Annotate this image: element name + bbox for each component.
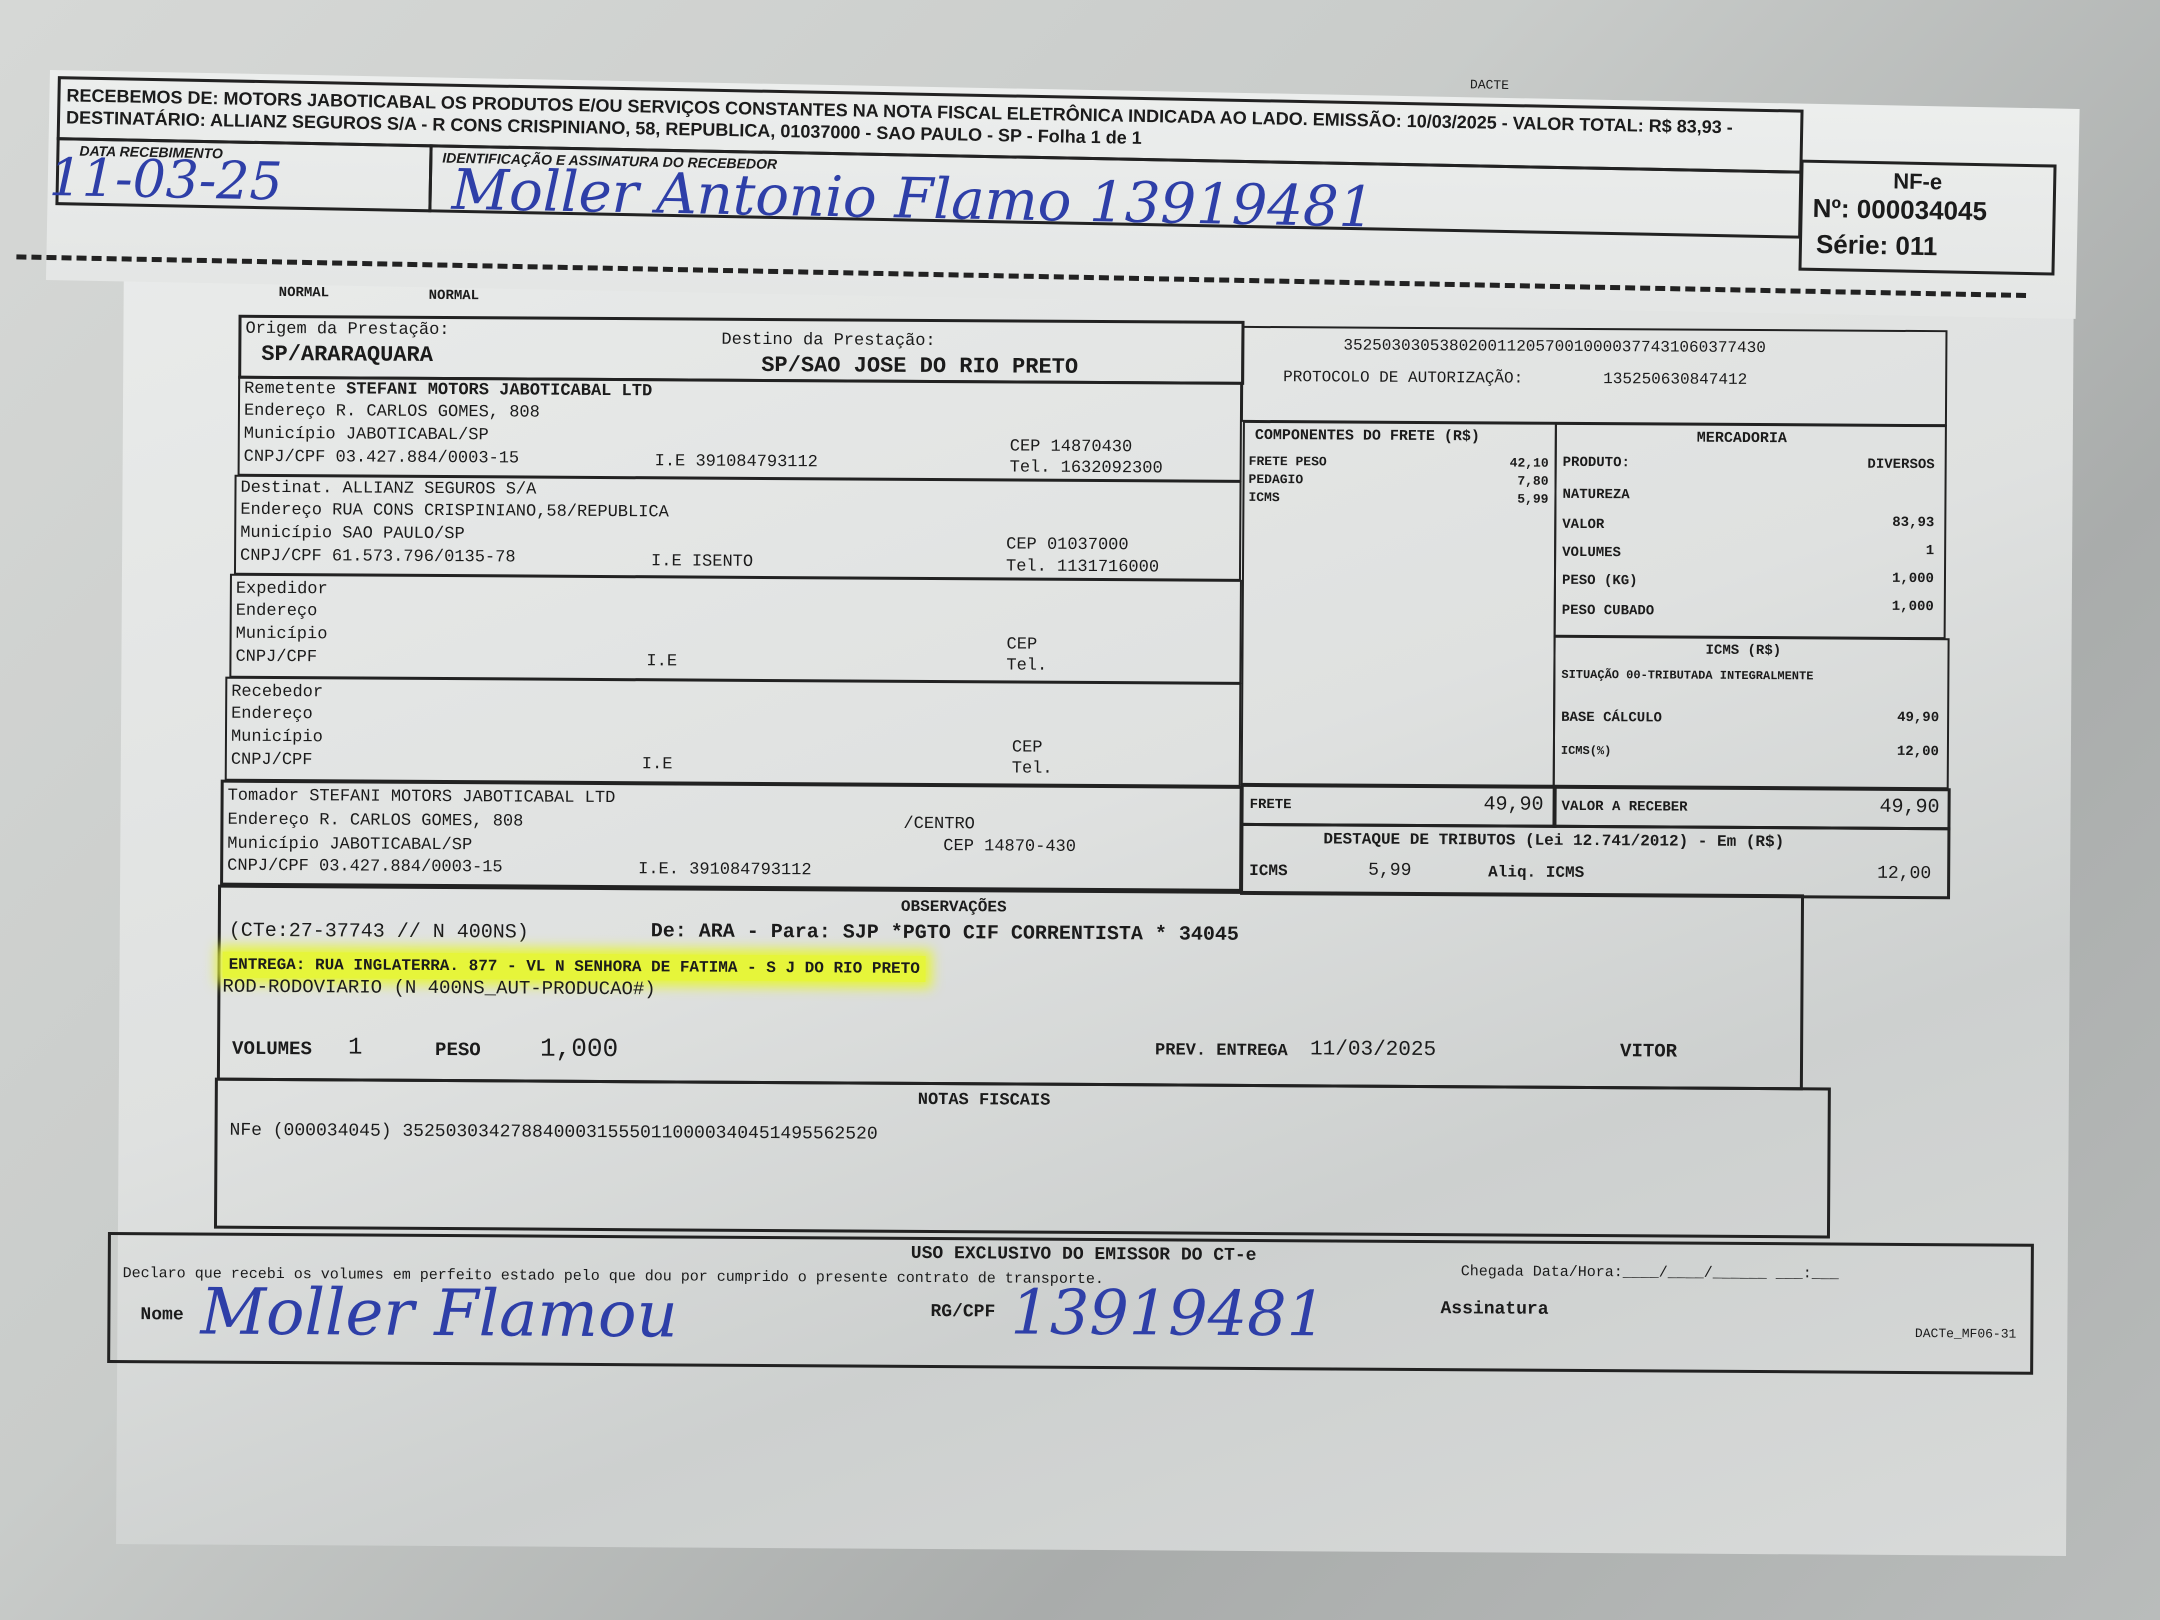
nome-signature: Moller Flamou xyxy=(200,1276,678,1353)
expedidor-label: Expedidor xyxy=(236,580,328,600)
componentes-items-2-value: 5,99 xyxy=(1517,491,1548,509)
destinatario-cep: 01037000 xyxy=(1047,536,1129,555)
origem: SP/ARARAQUARA xyxy=(261,342,433,368)
componentes-items-0-label: FRETE PESO xyxy=(1249,453,1327,471)
expedidor-ie-label: I.E xyxy=(646,652,677,671)
observacoes-line1-a: (CTe:27-37743 // N 400NS) xyxy=(229,920,529,945)
chegada-field[interactable]: Chegada Data/Hora:____/____/______ ___:_… xyxy=(1461,1263,1839,1282)
tomador-cep-label: CEP xyxy=(943,837,974,856)
protocolo-value: 135250630847412 xyxy=(1603,370,1747,389)
icms-base-label: BASE CÁLCULO xyxy=(1561,710,1662,727)
componentes-items-1-value: 7,80 xyxy=(1517,473,1548,491)
tomador-nome: STEFANI MOTORS JABOTICABAL LTD xyxy=(309,787,615,808)
recebedor-ie-label: I.E xyxy=(642,755,673,774)
icms-base: 49,90 xyxy=(1897,710,1939,726)
date-handwritten: 11-03-25 xyxy=(48,148,283,212)
componentes-items-1-label: PEDAGIO xyxy=(1249,471,1304,489)
recebedor-box: Recebedor Endereço Município CNPJ/CPF I.… xyxy=(225,677,1242,787)
observacoes-peso: 1,000 xyxy=(540,1034,618,1064)
componente-row: FRETE PESO42,10 xyxy=(1249,453,1549,473)
prestacao-origem-label: Origem da Prestação: xyxy=(245,320,449,340)
tomador-ie-label: I.E. xyxy=(638,860,679,879)
rodape-nome-label: Nome xyxy=(140,1305,183,1325)
expedidor-tel-label: Tel. xyxy=(1006,656,1047,675)
mercadoria-peso-cubado-label: PESO CUBADO xyxy=(1562,603,1655,620)
mercadoria-peso: 1,000 xyxy=(1892,571,1934,587)
tomador-municipio: JABOTICABAL/SP xyxy=(329,835,472,855)
stub-nfe-title: NF-e xyxy=(1893,168,1942,195)
tomador-cnpj-label: CNPJ/CPF xyxy=(227,857,309,876)
assinatura-label: Assinatura xyxy=(1440,1299,1548,1320)
mercadoria-box: MERCADORIA PRODUTO: DIVERSOS NATUREZA VA… xyxy=(1554,423,1947,639)
chave-box: 3525030305380200112057001000037743106037… xyxy=(1241,326,1948,426)
tributos-aliq: 12,00 xyxy=(1877,864,1931,884)
recebedor-tel-label: Tel. xyxy=(1012,759,1053,778)
remetente-nome: STEFANI MOTORS JABOTICABAL LTD xyxy=(346,380,652,401)
mercadoria-valor: 83,93 xyxy=(1892,515,1934,531)
componentes-items-0-value: 42,10 xyxy=(1510,455,1549,473)
remetente-cep: 14870430 xyxy=(1051,438,1133,457)
tributos-box: DESTAQUE DE TRIBUTOS (Lei 12.741/2012) -… xyxy=(1240,823,1950,899)
componentes-items-2-label: ICMS xyxy=(1248,489,1279,507)
tributos-icms: 5,99 xyxy=(1368,861,1411,881)
tomador-label: Tomador xyxy=(228,787,300,806)
remetente-endereco: R. CARLOS GOMES, 808 xyxy=(336,402,540,422)
mercadoria-natureza-label: NATUREZA xyxy=(1562,487,1629,503)
destinatario-nome: ALLIANZ SEGUROS S/A xyxy=(342,479,536,499)
icms-perc: 12,00 xyxy=(1897,744,1939,760)
destinatario-tel-label: Tel. xyxy=(1006,557,1047,576)
dacte-document: NORMAL NORMAL Origem da Prestação: SP/AR… xyxy=(116,244,2074,1556)
receiver-signature: Moller Antonio Flamo 13919481 xyxy=(451,158,1375,241)
icms-title: ICMS (R$) xyxy=(1705,643,1781,659)
componentes-frete-label: FRETE xyxy=(1250,797,1292,813)
stub-nfe-serie-label: Série: xyxy=(1816,229,1889,260)
recebedor-municipio-label: Município xyxy=(231,728,323,748)
componentes-title: COMPONENTES DO FRETE (R$) xyxy=(1255,427,1480,445)
tipo-servico: NORMAL xyxy=(429,288,480,304)
mercadoria-peso-cubado: 1,000 xyxy=(1892,599,1934,615)
tomador-cep: 14870-430 xyxy=(984,837,1076,857)
protocolo-label: PROTOCOLO DE AUTORIZAÇÃO: xyxy=(1283,368,1523,387)
remetente-label: Remetente xyxy=(244,380,336,400)
destinatario-endereco-label: Endereço xyxy=(240,501,322,520)
remetente-ie: 391084793112 xyxy=(695,453,818,473)
remetente-ie-label: I.E xyxy=(655,452,686,471)
valor-receber-box: VALOR A RECEBER 49,90 xyxy=(1552,786,1950,830)
tomador-endereco: R. CARLOS GOMES, 808 xyxy=(319,811,523,831)
mercadoria-volumes-label: VOLUMES xyxy=(1562,545,1621,561)
destinatario-box: Destinat. ALLIANZ SEGUROS S/A Endereço R… xyxy=(234,475,1242,581)
chave-acesso: 3525030305380200112057001000037743106037… xyxy=(1343,337,1766,358)
observacoes-peso-label: PESO xyxy=(435,1039,481,1061)
prestacao-box: Origem da Prestação: SP/ARARAQUARA Desti… xyxy=(238,315,1244,385)
tributos-title: DESTAQUE DE TRIBUTOS (Lei 12.741/2012) -… xyxy=(1323,830,1784,851)
prestacao-destino-label: Destino da Prestação: xyxy=(721,331,935,351)
stub-nfe-number-label: Nº: xyxy=(1812,193,1850,224)
tributos-aliq-label: Aliq. ICMS xyxy=(1488,863,1584,882)
nfe-box: NF-e Nº: 000034045 Série: 011 xyxy=(1798,160,2056,276)
expedidor-municipio-label: Município xyxy=(236,625,328,645)
recebedor-cnpj-label: CNPJ/CPF xyxy=(231,751,313,770)
remetente-municipio-label: Município xyxy=(244,425,336,445)
destinatario-endereco: RUA CONS CRISPINIANO,58/REPUBLICA xyxy=(332,501,669,522)
destinatario-municipio-label: Município xyxy=(240,524,332,544)
observacoes-box: OBSERVAÇÕES (CTe:27-37743 // N 400NS) De… xyxy=(217,885,1804,1091)
rodape-rg-label: RG/CPF xyxy=(930,1302,995,1322)
canhoto-stub: RECEBEMOS DE: MOTORS JABOTICABAL OS PROD… xyxy=(46,70,2080,319)
tomador-cnpj: 03.427.884/0003-15 xyxy=(319,857,503,877)
destinatario-tel: 1131716000 xyxy=(1057,558,1159,578)
frete-total-box: FRETE 49,90 xyxy=(1240,784,1556,828)
tomador-box: Tomador STEFANI MOTORS JABOTICABAL LTD E… xyxy=(220,780,1243,892)
mercadoria-volumes: 1 xyxy=(1926,543,1935,559)
rg-handwritten: 13919481 xyxy=(1010,1275,1326,1350)
observacoes-prev: 11/03/2025 xyxy=(1310,1038,1436,1062)
tomador-bairro: /CENTRO xyxy=(903,815,975,834)
destinatario-cnpj-label: CNPJ/CPF xyxy=(240,547,322,566)
destinatario-ie-label: I.E xyxy=(651,552,682,571)
frete-total: 49,90 xyxy=(1484,793,1544,816)
tomador-ie: 391084793112 xyxy=(689,861,812,881)
mercadoria-produto-label: PRODUTO: xyxy=(1563,455,1630,471)
notas-fiscais-box: NOTAS FISCAIS NFe (000034045) 3525030342… xyxy=(214,1078,1831,1239)
remetente-cnpj-label: CNPJ/CPF xyxy=(244,448,326,467)
remetente-box: Remetente STEFANI MOTORS JABOTICABAL LTD… xyxy=(238,376,1243,482)
remetente-tel: 1632092300 xyxy=(1061,459,1163,479)
tributos-icms-label: ICMS xyxy=(1249,862,1288,880)
remetente-municipio: JABOTICABAL/SP xyxy=(346,425,489,445)
icms-situacao: SITUAÇÃO 00-TRIBUTADA INTEGRALMENTE xyxy=(1561,668,1813,684)
observacoes-vendedor: VITOR xyxy=(1620,1040,1677,1062)
mercadoria-valor-label: VALOR xyxy=(1562,517,1604,533)
componente-row: ICMS5,99 xyxy=(1248,489,1548,509)
destinatario-cep-label: CEP xyxy=(1006,535,1037,554)
remetente-cnpj: 03.427.884/0003-15 xyxy=(335,448,519,468)
expedidor-cep-label: CEP xyxy=(1006,635,1037,654)
rodape-title: USO EXCLUSIVO DO EMISSOR DO CT-e xyxy=(911,1244,1257,1266)
icms-perc-label: ICMS(%) xyxy=(1561,744,1612,758)
expedidor-endereco-label: Endereço xyxy=(236,602,318,621)
valor-receber: 49,90 xyxy=(1879,796,1939,819)
expedidor-cnpj-label: CNPJ/CPF xyxy=(235,648,317,667)
nfe-serie: 011 xyxy=(1895,230,1938,261)
componente-row: PEDAGIO7,80 xyxy=(1249,471,1549,491)
recebedor-label: Recebedor xyxy=(231,683,323,703)
expedidor-box: Expedidor Endereço Município CNPJ/CPF I.… xyxy=(229,574,1242,684)
destinatario-ie: ISENTO xyxy=(692,553,753,572)
remetente-endereco-label: Endereço xyxy=(244,402,326,421)
stub-dacte-label: DACTE xyxy=(1470,77,1509,93)
mercadoria-title: MERCADORIA xyxy=(1697,430,1787,448)
destinatario-label: Destinat. xyxy=(240,479,332,499)
rodape-form-code: DACTe_MF06-31 xyxy=(1915,1326,2017,1342)
observacoes-line1-b: De: ARA - Para: SJP *PGTO CIF CORRENTIST… xyxy=(651,920,1239,947)
recebedor-cep-label: CEP xyxy=(1012,738,1043,757)
rodape-box: USO EXCLUSIVO DO EMISSOR DO CT-e Declaro… xyxy=(107,1232,2034,1375)
tomador-endereco-label: Endereço xyxy=(227,811,309,830)
destino: SP/SAO JOSE DO RIO PRETO xyxy=(761,353,1078,380)
notas-title: NOTAS FISCAIS xyxy=(918,1091,1051,1111)
nfe-chave: NFe (000034045) 352503034278840003155501… xyxy=(230,1121,878,1145)
icms-box: ICMS (R$) SITUAÇÃO 00-TRIBUTADA INTEGRAL… xyxy=(1553,636,1950,789)
destinatario-municipio: SAO PAULO/SP xyxy=(342,524,465,544)
remetente-tel-label: Tel. xyxy=(1010,458,1051,477)
mercadoria-peso-label: PESO (KG) xyxy=(1562,573,1638,589)
destinatario-cnpj: 61.573.796/0135-78 xyxy=(332,547,516,567)
mercadoria-produto: DIVERSOS xyxy=(1867,457,1934,473)
tipo-cte: NORMAL xyxy=(279,285,330,301)
observacoes-line3: ROD-RODOVIARIO (N 400NS_AUT-PRODUCAO#) xyxy=(222,976,655,1001)
nfe-number: 000034045 xyxy=(1857,194,1988,226)
tomador-municipio-label: Município xyxy=(227,835,319,855)
icms-receber-label: VALOR A RECEBER xyxy=(1562,799,1688,816)
observacoes-prev-label: PREV. ENTREGA xyxy=(1155,1041,1288,1061)
observacoes-volumes-label: VOLUMES xyxy=(232,1038,312,1060)
observacoes-volumes: 1 xyxy=(348,1034,363,1061)
recebedor-endereco-label: Endereço xyxy=(231,705,313,724)
componentes-box: COMPONENTES DO FRETE (R$) FRETE PESO42,1… xyxy=(1241,421,1557,787)
remetente-cep-label: CEP xyxy=(1010,437,1041,456)
observacoes-title: OBSERVAÇÕES xyxy=(901,898,1007,917)
